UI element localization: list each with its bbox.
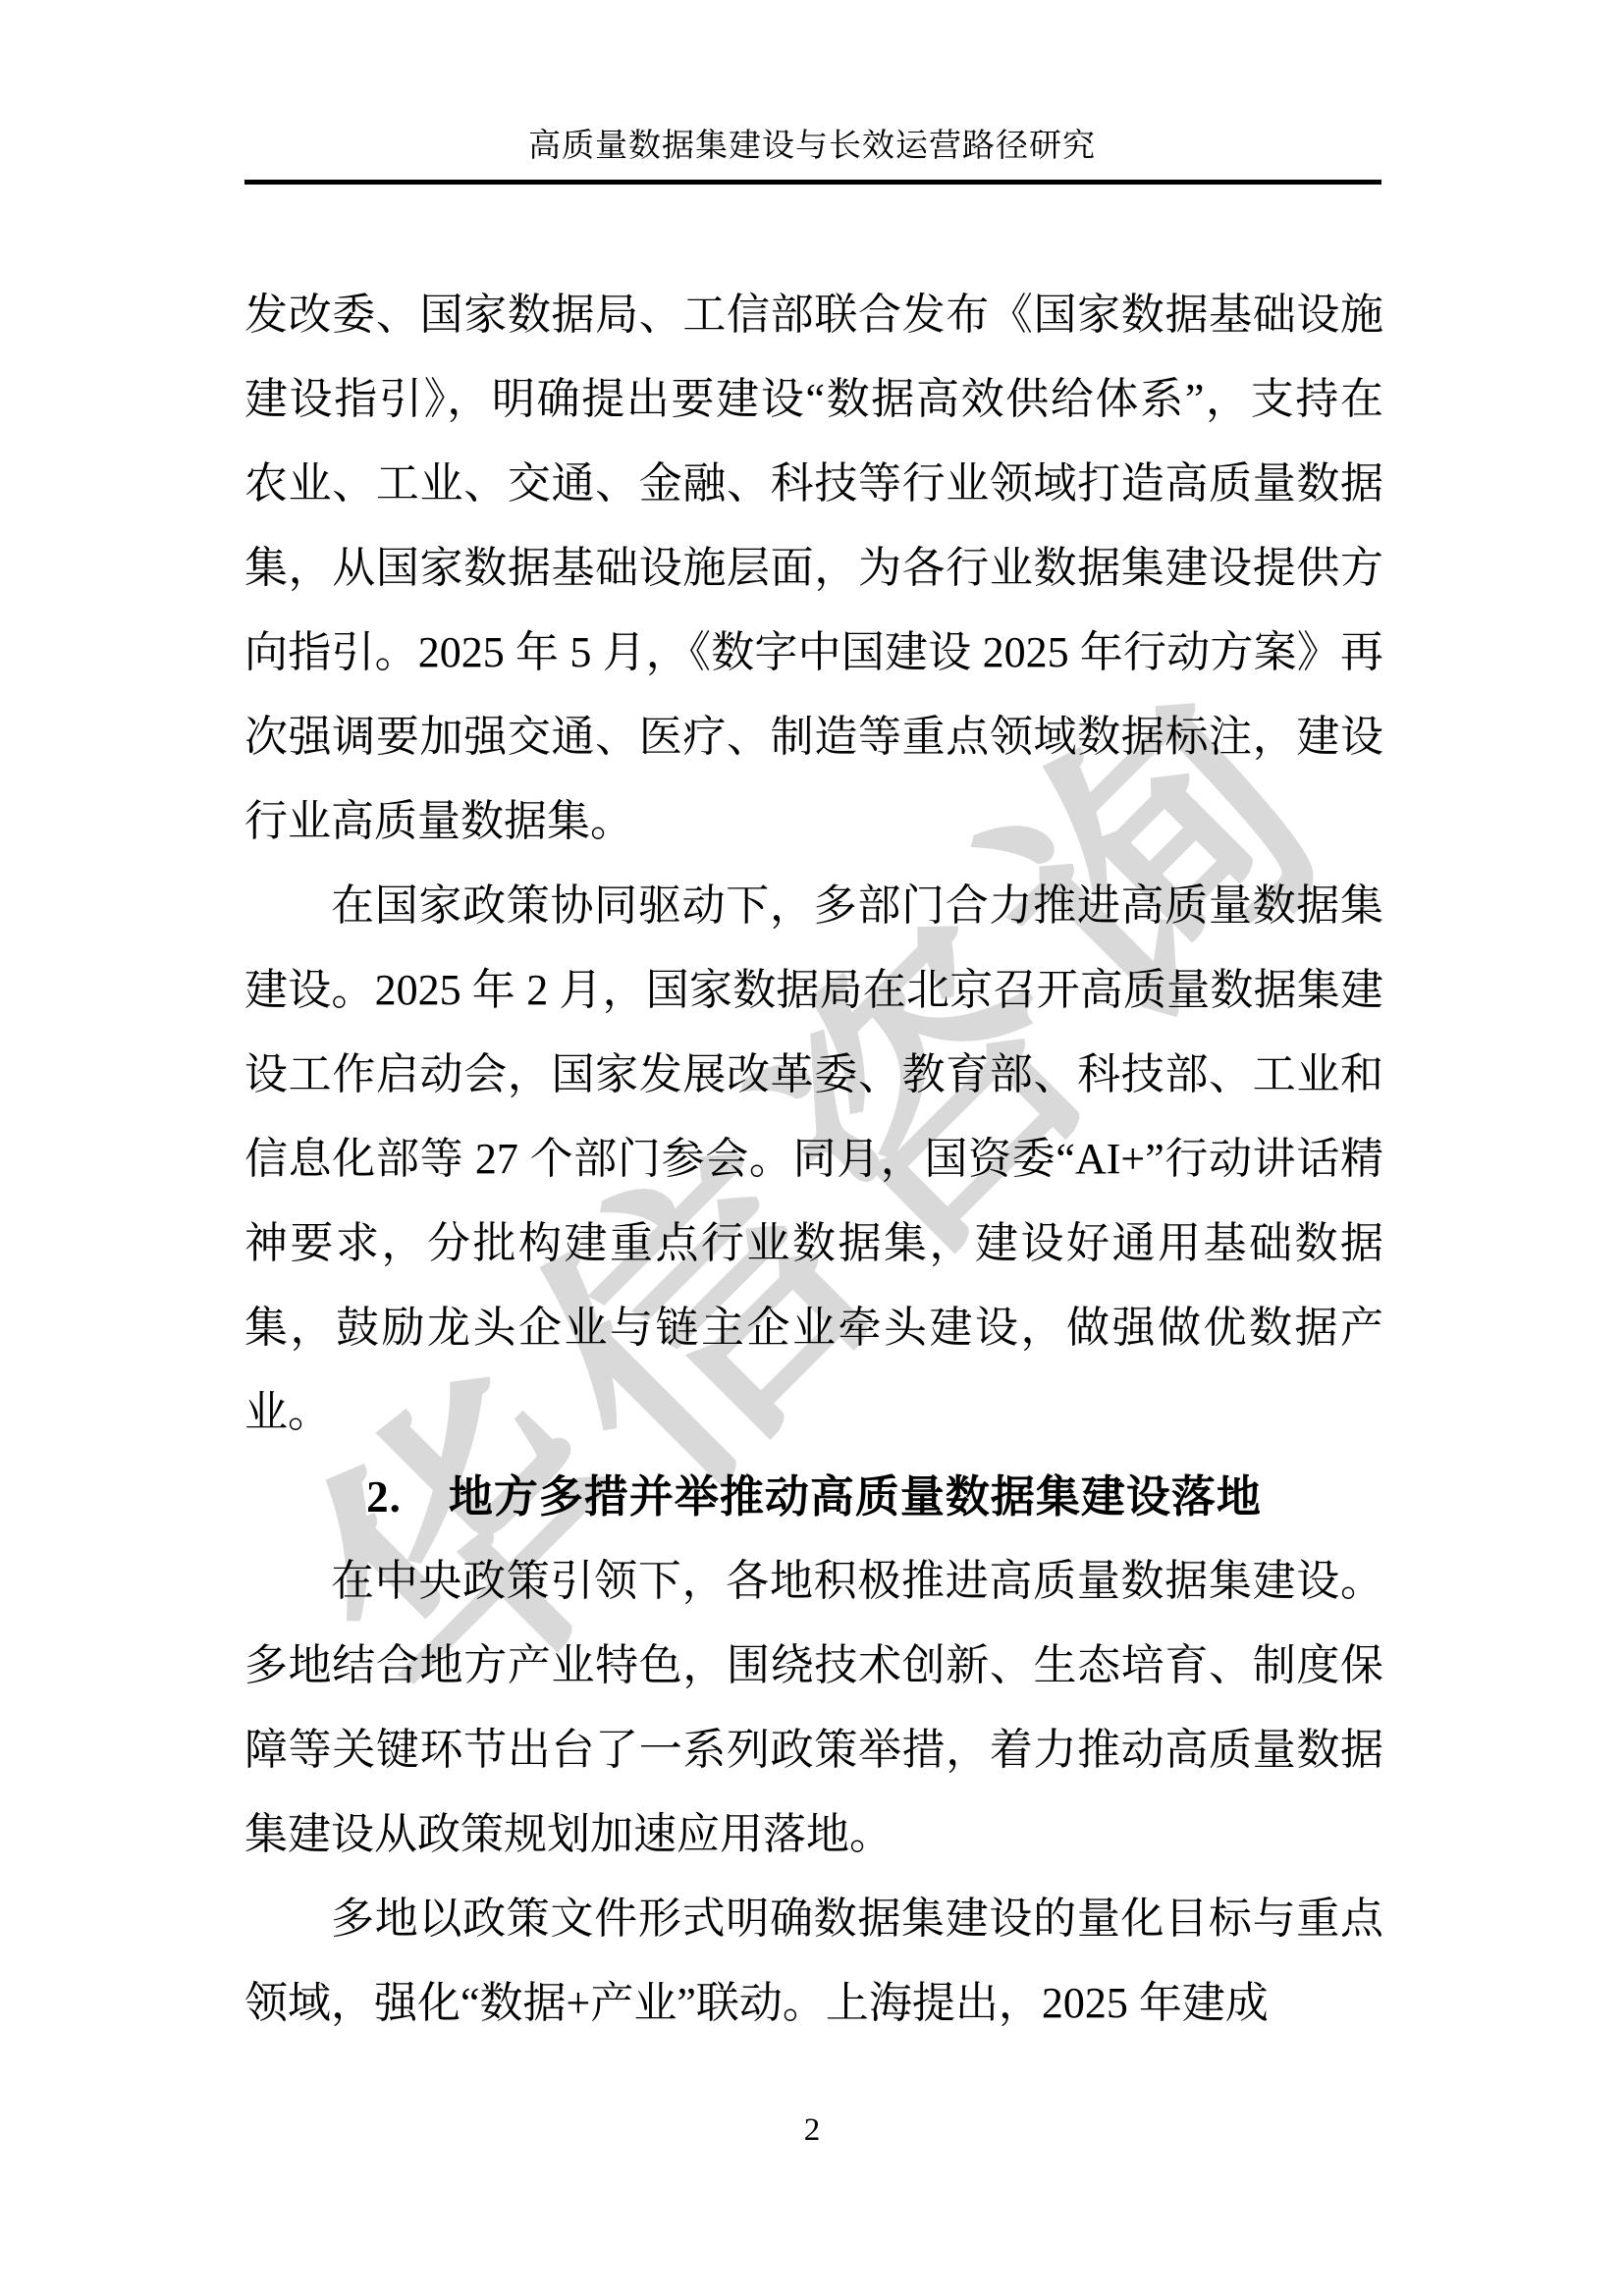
page-header-title: 高质量数据集建设与长效运营路径研究 bbox=[0, 120, 1624, 166]
paragraph-3: 在中央政策引领下，各地积极推进高质量数据集建设。多地结合地方产业特色，围绕技术创… bbox=[244, 1539, 1383, 1877]
document-page: 华信咨询 高质量数据集建设与长效运营路径研究 发改委、国家数据局、工信部联合发布… bbox=[0, 0, 1624, 2296]
paragraph-2: 在国家政策协同驱动下，多部门合力推进高质量数据集建设。2025 年 2 月，国家… bbox=[244, 864, 1383, 1455]
section-heading: 2.地方多措并举推动高质量数据集建设落地 bbox=[244, 1455, 1383, 1539]
page-number: 2 bbox=[0, 2112, 1624, 2149]
paragraph-1: 发改委、国家数据局、工信部联合发布《国家数据基础设施建设指引》，明确提出要建设“… bbox=[244, 273, 1383, 864]
section-title: 地方多措并举推动高质量数据集建设落地 bbox=[449, 1472, 1262, 1522]
section-number: 2. bbox=[366, 1472, 402, 1522]
header-divider-line bbox=[244, 180, 1381, 185]
document-body: 发改委、国家数据局、工信部联合发布《国家数据基础设施建设指引》，明确提出要建设“… bbox=[244, 273, 1383, 2046]
paragraph-4: 多地以政策文件形式明确数据集建设的量化目标与重点领域，强化“数据+产业”联动。上… bbox=[244, 1877, 1383, 2046]
